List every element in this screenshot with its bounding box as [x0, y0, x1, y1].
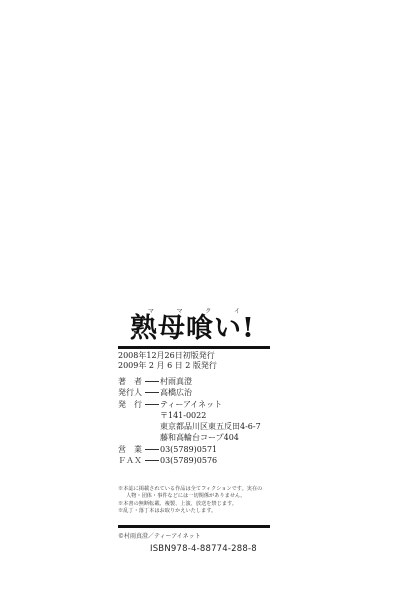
- contact-label: 営 業: [118, 444, 144, 455]
- legal-notes: ※本誌に掲載されている作品は全てフィクションです。実在の 人物・団体・事件などに…: [118, 486, 262, 516]
- contact-value: 03(5789)0576: [160, 455, 217, 466]
- publication-dates: 2008年12月26日初版発行 2009年 2 月 6 日 2 版発行: [118, 351, 217, 371]
- credit-label: 発 行: [118, 399, 144, 410]
- isbn: ISBN978-4-88774-288-8: [150, 544, 257, 554]
- top-rule: [118, 346, 270, 349]
- credit-label: 発行人: [118, 387, 144, 398]
- credits: 著 者 村雨真澄 発行人 高橋広治 発 行 ティーアイネット 〒141-0022…: [118, 376, 261, 466]
- first-edition-date: 2008年12月26日初版発行: [118, 351, 217, 361]
- note-defects: ※乱丁・落丁本はお取りかえいたします。: [118, 508, 262, 515]
- copyright: ©村雨真澄／ティーアイネット: [118, 531, 201, 540]
- bottom-rule: [118, 525, 270, 528]
- credit-publisher: 発 行 ティーアイネット: [118, 399, 261, 410]
- book-title: 熟母喰い!: [130, 314, 255, 344]
- credit-value: 村雨真澄: [160, 376, 192, 387]
- leader-dash: [145, 404, 159, 405]
- contact-value: 03(5789)0571: [160, 444, 217, 455]
- contact-fax: ＦＡＸ 03(5789)0576: [118, 455, 261, 466]
- contact-label: ＦＡＸ: [118, 455, 144, 466]
- leader-dash: [145, 381, 159, 382]
- leader-dash: [145, 460, 159, 461]
- credit-value: 高橋広治: [160, 387, 192, 398]
- address-postal: 〒141-0022: [118, 410, 261, 421]
- credit-label: 著 者: [118, 376, 144, 387]
- credit-value: ティーアイネット: [160, 399, 222, 410]
- credit-publisher-person: 発行人 高橋広治: [118, 387, 261, 398]
- leader-dash: [145, 392, 159, 393]
- second-edition-date: 2009年 2 月 6 日 2 版発行: [118, 361, 217, 371]
- note-fiction-cont: 人物・団体・事件などには一切関係がありません。: [118, 493, 262, 500]
- address-line-1: 東京都品川区東五反田4-6-7: [118, 421, 261, 432]
- contact-sales: 営 業 03(5789)0571: [118, 444, 261, 455]
- leader-dash: [145, 449, 159, 450]
- address-line-2: 藤和高輪台コープ404: [118, 432, 261, 443]
- credit-author: 著 者 村雨真澄: [118, 376, 261, 387]
